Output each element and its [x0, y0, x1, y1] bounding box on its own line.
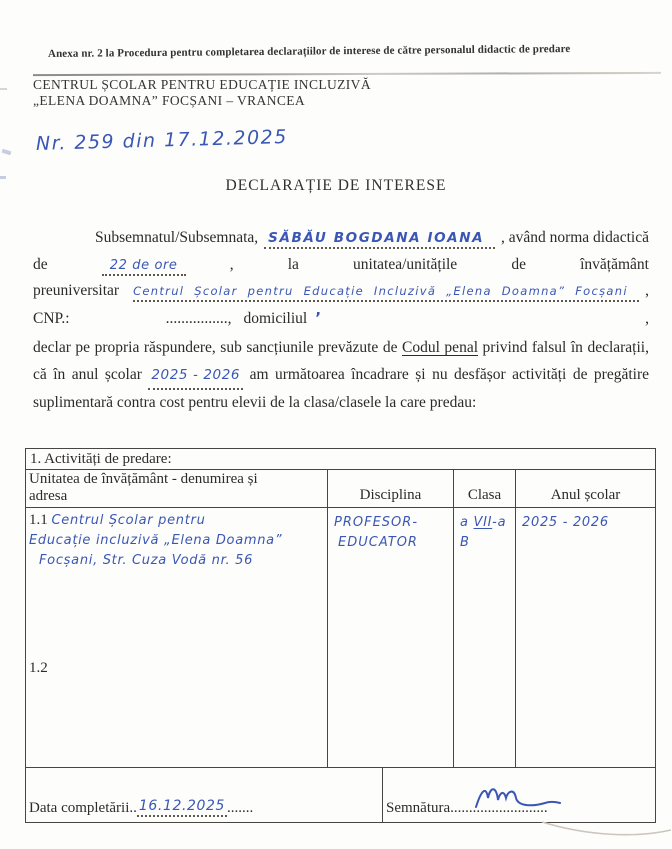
date-field: 16.12.2025 — [137, 798, 227, 817]
page-title: DECLARAȚIE DE INTERESE — [0, 177, 672, 195]
date-label: Data completării — [29, 800, 129, 817]
signature-cell: Semnătura .......................... — [382, 768, 655, 822]
line2-inv: învățământ — [580, 256, 649, 274]
cell-class: a VII-a B — [454, 508, 516, 767]
institution-line1: CENTRUL ȘCOLAR PENTRU EDUCAȚIE INCLUZIVĂ — [33, 77, 371, 93]
school-handwritten: Centrul Școlar pentru Educație Incluzivă… — [133, 284, 628, 298]
scan-speck-blue — [2, 149, 12, 156]
line1-pre: Subsemnatul/Subsemnata, — [33, 229, 258, 247]
paragraph-line-3: preuniversitar Centrul Școlar pentru Edu… — [33, 282, 649, 309]
row1-unit-handwritten-line1: Centrul Școlar pentru — [52, 513, 206, 528]
line3-label: preuniversitar — [33, 282, 119, 300]
column-header-year: Anul școlar — [516, 470, 655, 507]
line2-comma: , — [230, 256, 234, 274]
cell-unit: 1.1 Centrul Școlar pentru Educație inclu… — [26, 508, 328, 767]
school-year-handwritten: 2025 - 2026 — [148, 367, 243, 383]
row1-discipline-line2: EDUCATOR — [334, 533, 450, 553]
cnp-label: CNP.: — [33, 310, 70, 328]
cell-year: 2025 - 2026 — [516, 508, 655, 767]
codul-penal-reference: Codul penal — [402, 339, 478, 356]
row1-year-handwritten: 2025 - 2026 — [522, 515, 609, 530]
row2-index: 1.2 — [29, 660, 48, 677]
line2-de2: de — [511, 256, 526, 274]
line2-la: la — [288, 256, 299, 274]
domiciliul-label: domiciliul — [244, 310, 308, 328]
line2-de: de — [33, 256, 48, 274]
line2-unit-word: unitatea/unitățile — [353, 256, 457, 274]
registration-number-handwritten: Nr. 259 din 17.12.2025 — [36, 126, 288, 155]
row1-unit-handwritten-line2: Educație incluzivă „Elena Doamna” — [29, 531, 325, 551]
cnp-dots: ................, — [166, 310, 232, 328]
cell-discipline: PROFESOR- EDUCATOR — [328, 508, 454, 767]
scan-rule-line — [33, 72, 661, 76]
name-handwritten: SĂBĂU BOGDANA IOANA — [264, 230, 488, 246]
annex-note: Anexa nr. 2 la Procedura pentru completa… — [48, 42, 648, 60]
activities-table: 1. Activități de predare: Unitatea de în… — [25, 448, 656, 768]
line1-post: , având norma didactică — [501, 229, 649, 247]
paragraph-line-4: CNP.: ................, domiciliul ’ , — [33, 309, 649, 336]
column-header-unit: Unitatea de învățământ - denumirea și ad… — [26, 470, 328, 507]
signature-scribble — [471, 783, 563, 813]
table-section-title: 1. Activități de predare: — [26, 449, 655, 470]
body-part1: declar pe propria răspundere, sub sancți… — [33, 339, 402, 356]
scanned-declaration-page: Anexa nr. 2 la Procedura pentru completa… — [0, 0, 672, 849]
row1-unit-handwritten-line3: Focșani, Str. Cuza Vodă nr. 56 — [29, 551, 325, 571]
row1-class-handwritten: a VII-a B — [460, 515, 506, 550]
table-body-row: 1.1 Centrul Școlar pentru Educație inclu… — [26, 508, 655, 767]
scan-speck-blue-2 — [0, 176, 6, 179]
paragraph-line-1: Subsemnatul/Subsemnata, SĂBĂU BOGDANA IO… — [33, 229, 649, 256]
line4-comma: , — [645, 310, 649, 328]
column-header-class: Clasa — [454, 470, 516, 507]
declaration-body-text: declar pe propria răspundere, sub sancți… — [33, 335, 649, 417]
page-curl-artifact — [540, 818, 672, 842]
row1-index: 1.1 — [29, 512, 48, 528]
school-field: Centrul Școlar pentru Educație Incluzivă… — [133, 282, 639, 302]
date-dots-pre: .. — [129, 800, 137, 817]
hours-handwritten: 22 de ore — [102, 258, 186, 273]
footer-box: Data completării .. 16.12.2025 ....... S… — [25, 767, 656, 823]
table-header-row: Unitatea de învățământ - denumirea și ad… — [26, 470, 655, 508]
institution-line2: „ELENA DOAMNA” FOCȘANI – VRANCEA — [33, 93, 371, 109]
column-header-discipline: Disciplina — [328, 470, 454, 507]
domiciliul-mark-handwritten: ’ — [315, 309, 321, 327]
scan-speck-gray — [0, 88, 7, 90]
date-dots-post: ....... — [227, 800, 253, 817]
institution-name: CENTRUL ȘCOLAR PENTRU EDUCAȚIE INCLUZIVĂ… — [33, 77, 371, 108]
row1-discipline-line1: PROFESOR- — [334, 513, 450, 533]
hours-field: 22 de ore — [102, 256, 186, 276]
date-handwritten: 16.12.2025 — [137, 798, 227, 814]
date-cell: Data completării .. 16.12.2025 ....... — [26, 768, 382, 822]
line3-comma: , — [645, 282, 649, 300]
school-year-field: 2025 - 2026 — [148, 362, 243, 391]
paragraph-line-2: de 22 de ore , la unitatea/unitățile de … — [33, 256, 649, 283]
name-field: SĂBĂU BOGDANA IOANA — [264, 229, 495, 249]
declaration-paragraph: Subsemnatul/Subsemnata, SĂBĂU BOGDANA IO… — [33, 229, 649, 417]
signature-label: Semnătura — [386, 800, 450, 817]
